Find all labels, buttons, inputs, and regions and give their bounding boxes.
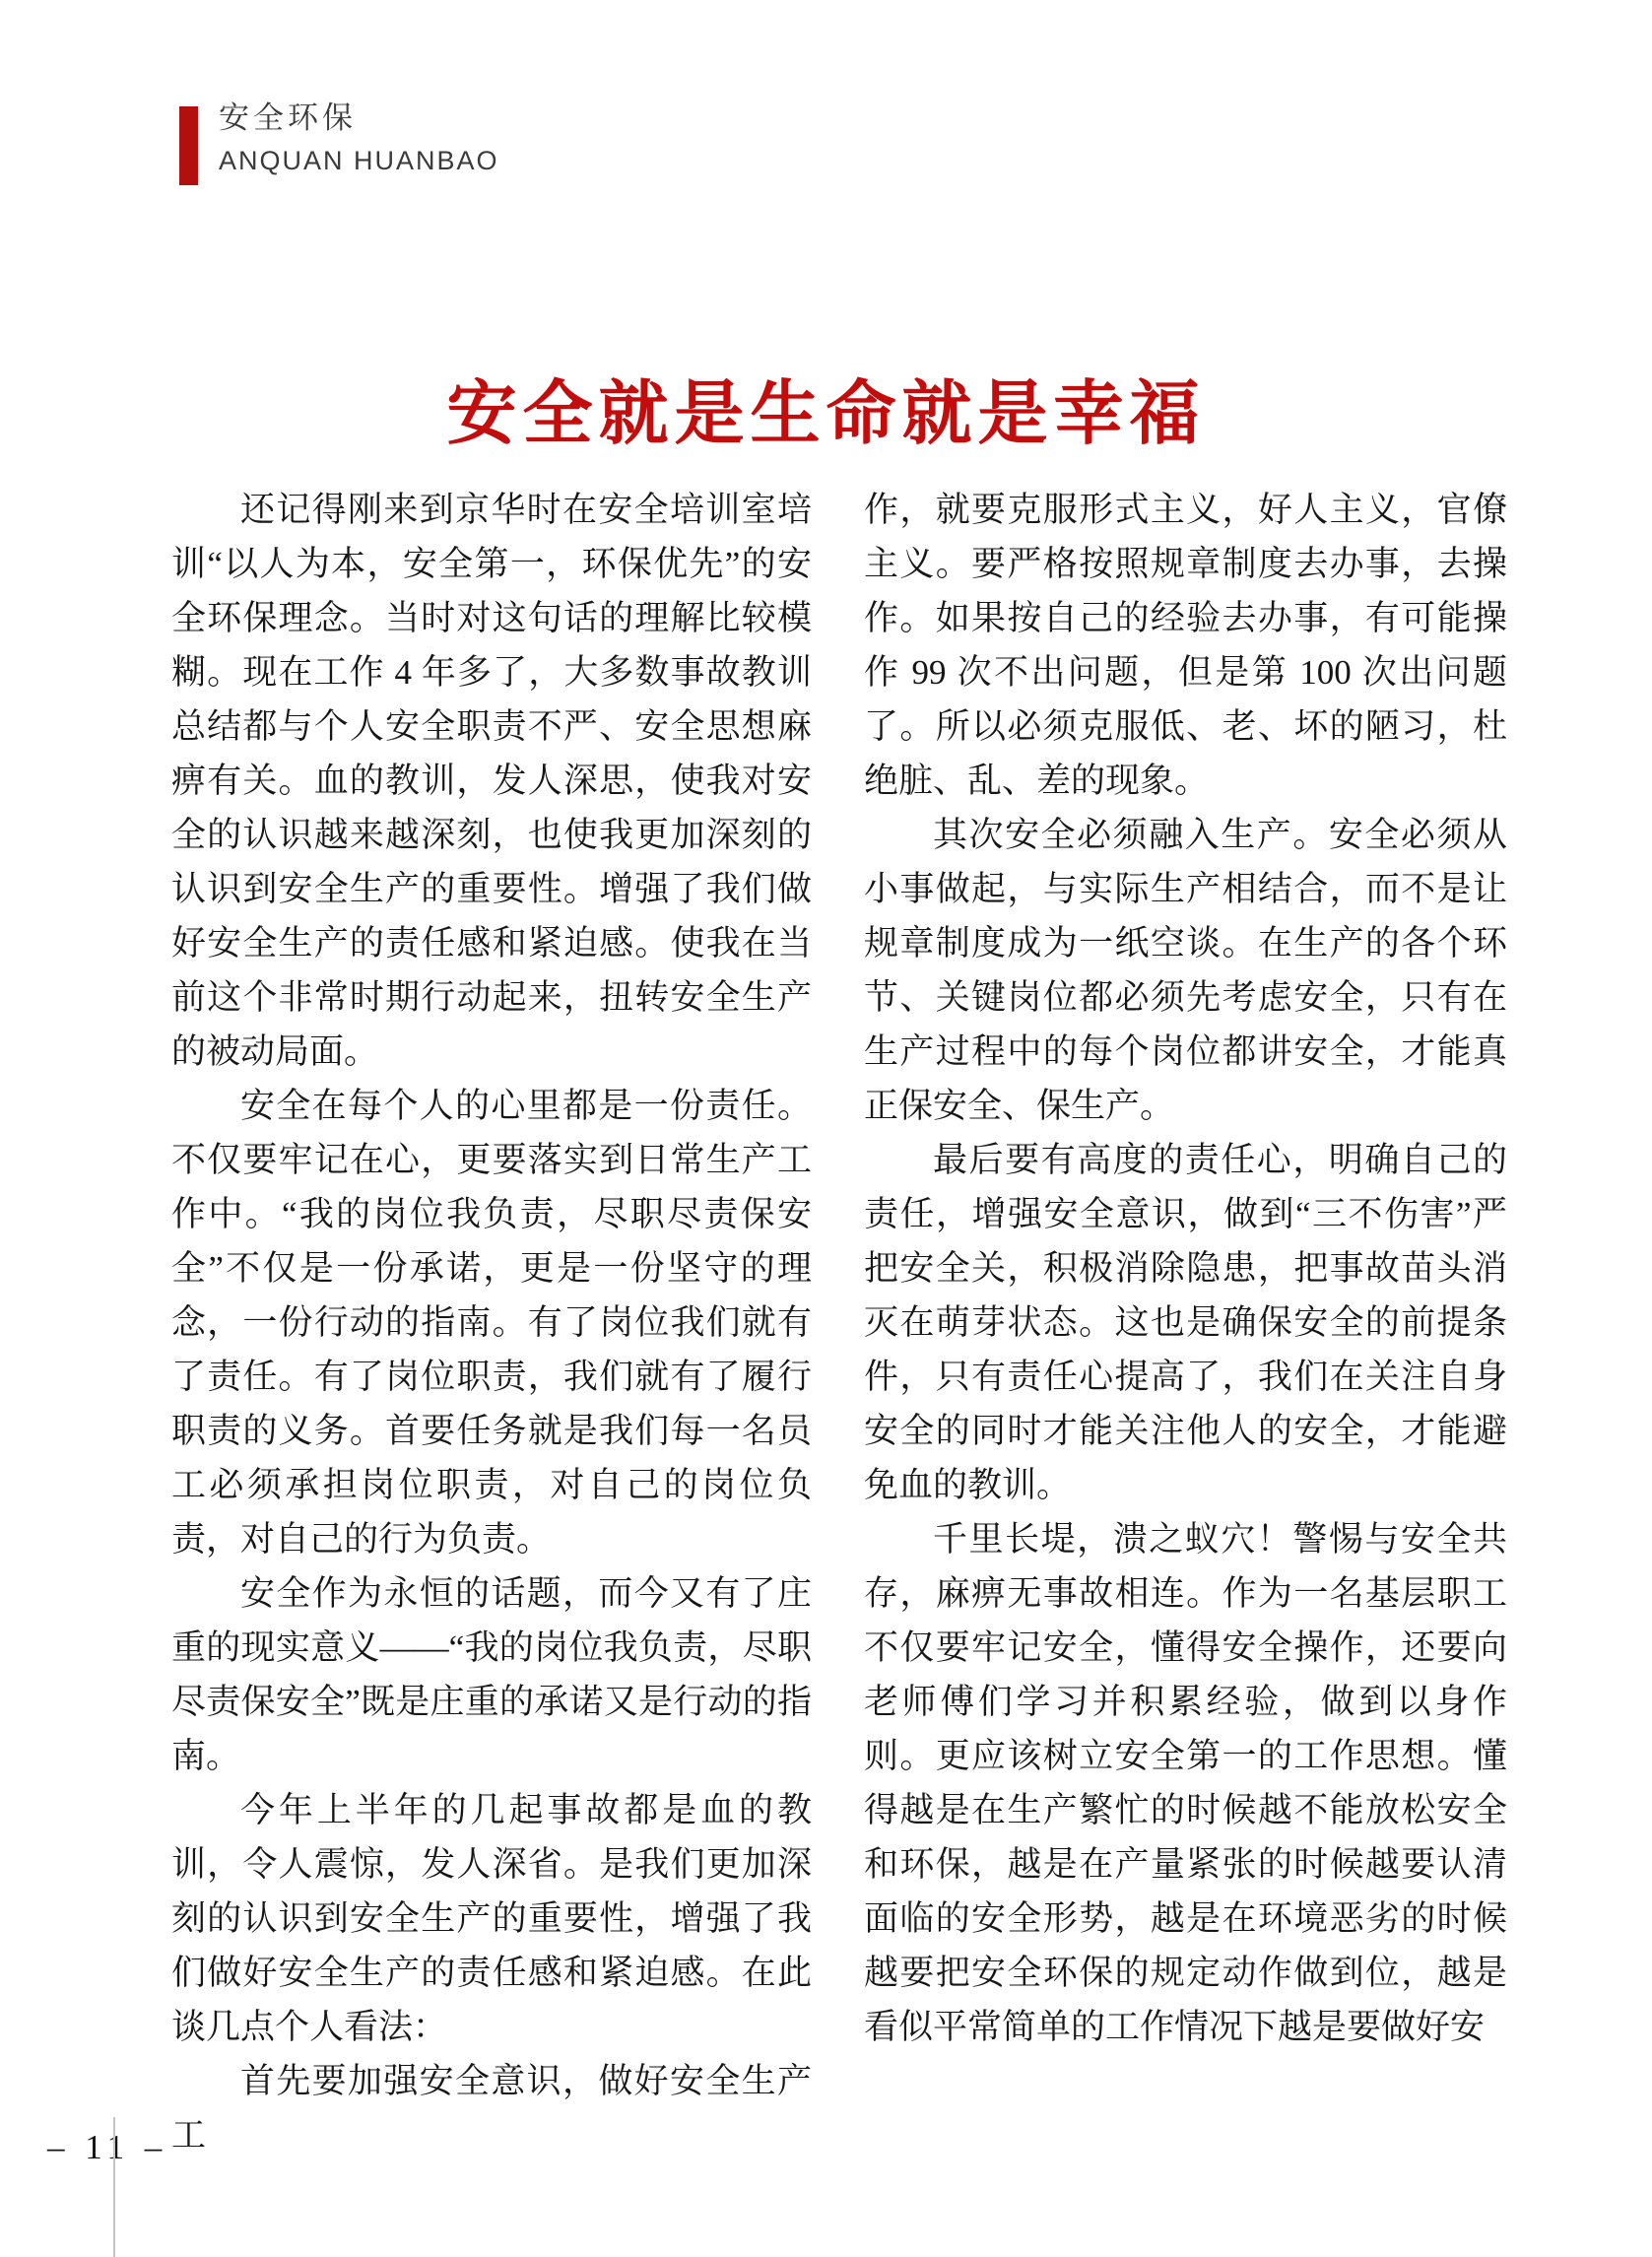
divider-line [113,2117,115,2257]
paragraph: 最后要有高度的责任心，明确自己的责任，增强安全意识，做到“三不伤害”严把安全关，… [864,1133,1507,1512]
paragraph: 安全作为永恒的话题，而今又有了庄重的现实意义——“我的岗位我负责，尽职尽责保安全… [171,1566,812,1783]
section-marker-bar [179,106,198,185]
article-title: 安全就是生命就是幸福 [0,376,1652,453]
section-subtitle: ANQUAN HUANBAO [219,144,499,177]
paragraph: 作，就要克服形式主义，好人主义，官僚主义。要严格按照规章制度去办事，去操作。如果… [864,483,1507,808]
paragraph: 还记得刚来到京华时在安全培训室培训“以人为本，安全第一，环保优先”的安全环保理念… [171,483,812,1079]
paragraph: 今年上半年的几起事故都是血的教训，令人震惊，发人深省。是我们更加深刻的认识到安全… [171,1783,812,2054]
left-column: 还记得刚来到京华时在安全培训室培训“以人为本，安全第一，环保优先”的安全环保理念… [171,483,812,2162]
section-title: 安全环保 [219,99,357,138]
paragraph: 首先要加强安全意识，做好安全生产工 [171,2054,812,2162]
paragraph: 其次安全必须融入生产。安全必须从小事做起，与实际生产相结合，而不是让规章制度成为… [864,808,1507,1133]
right-column: 作，就要克服形式主义，好人主义，官僚主义。要严格按照规章制度去办事，去操作。如果… [864,483,1507,2054]
document-page: 安全环保 ANQUAN HUANBAO 安全就是生命就是幸福 还记得刚来到京华时… [0,0,1652,2257]
paragraph: 千里长堤，溃之蚁穴！警惕与安全共存，麻痹无事故相连。作为一名基层职工不仅要牢记安… [864,1512,1507,2054]
page-number: – 11 – [47,2128,167,2167]
paragraph: 安全在每个人的心里都是一份责任。不仅要牢记在心，更要落实到日常生产工作中。“我的… [171,1079,812,1566]
